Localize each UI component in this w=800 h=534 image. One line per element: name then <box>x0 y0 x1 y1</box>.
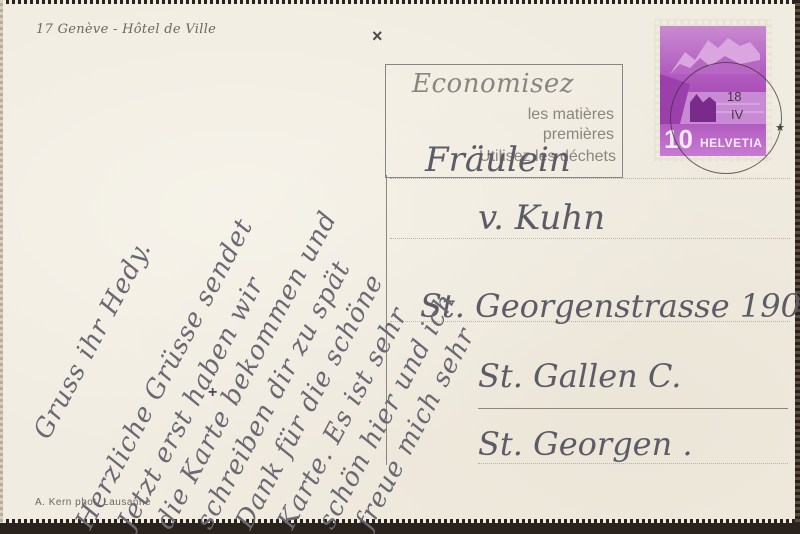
address-line-5 <box>478 463 788 464</box>
slogan-line-1: Economisez <box>412 69 574 99</box>
cross-mark-icon: + <box>208 384 217 402</box>
address-salutation: Fräulein <box>425 140 571 180</box>
postmark: 18 IV ★ <box>670 62 782 174</box>
address-city: St. Gallen C. <box>478 357 681 395</box>
address-street: St. Georgenstrasse 190 <box>420 287 800 325</box>
slogan-line-2: les matières <box>528 107 614 123</box>
deckled-edge-left <box>0 0 3 523</box>
deckled-edge-top <box>0 0 800 4</box>
address-line-2 <box>390 238 790 239</box>
address-name: v. Kuhn <box>478 198 605 238</box>
address-line-4 <box>478 408 788 409</box>
deckled-edge-right <box>795 0 800 523</box>
postmark-month: IV <box>731 107 743 122</box>
printed-caption: 17 Genève - Hôtel de Ville <box>36 22 216 37</box>
address-district: St. Georgen . <box>478 425 693 463</box>
star-icon: ★ <box>775 121 785 134</box>
postmark-day: 18 <box>727 89 741 104</box>
x-mark-icon: × <box>372 26 383 47</box>
